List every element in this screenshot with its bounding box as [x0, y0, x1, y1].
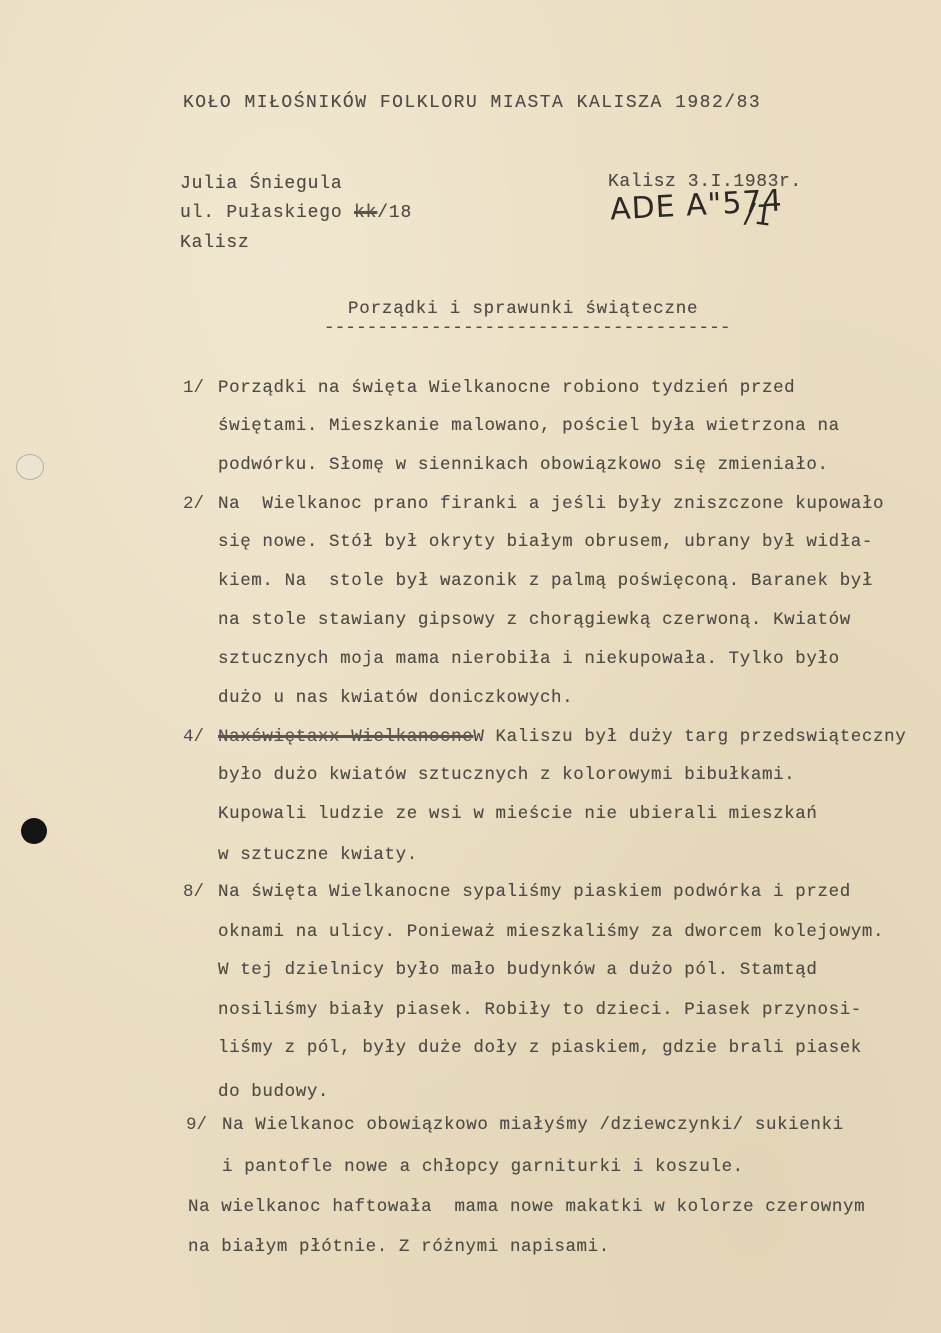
- author-street: ul. Pułaskiego kk/18: [180, 203, 412, 223]
- struck-text: kk: [354, 203, 377, 223]
- street-number: /18: [377, 203, 412, 223]
- document-title: Porządki i sprawunki świąteczne: [348, 299, 698, 319]
- text-line: było dużo kwiatów sztucznych z kolorowym…: [218, 765, 795, 785]
- text-line: Na Wielkanoc obowiązkowo miałyśmy /dziew…: [222, 1115, 844, 1135]
- text-line: Na Wielkanoc prano firanki a jeśli były …: [218, 494, 884, 514]
- text-line: do budowy.: [218, 1082, 329, 1102]
- text-line: Porządki na święta Wielkanocne robiono t…: [218, 378, 795, 398]
- text-line: dużo u nas kwiatów doniczkowych.: [218, 688, 573, 708]
- struck-text: Naxświętaxx Wielkanocne: [218, 727, 473, 747]
- line-text: W Kaliszu był duży targ przedswiąteczny: [473, 727, 906, 747]
- text-line: w sztuczne kwiaty.: [218, 845, 418, 865]
- archive-fraction: /1: [743, 196, 775, 232]
- text-line: liśmy z pól, były duże doły z piaskiem, …: [218, 1038, 862, 1058]
- document-page: KOŁO MIŁOŚNIKÓW FOLKLORU MIASTA KALISZA …: [0, 0, 941, 1333]
- closing-line: Na wielkanoc haftowała mama nowe makatki…: [188, 1197, 865, 1217]
- text-line: W tej dzielnicy było mało budynków a duż…: [218, 960, 818, 980]
- street-name: ul. Pułaskiego: [180, 203, 354, 223]
- section-number: 4/: [183, 727, 204, 747]
- text-line: i pantofle nowe a chłopcy garniturki i k…: [222, 1157, 744, 1177]
- text-line: podwórku. Słomę w siennikach obowiązkowo…: [218, 455, 829, 475]
- author-city: Kalisz: [180, 233, 250, 253]
- section-number: 8/: [183, 882, 204, 902]
- closing-line: na białym płótnie. Z różnymi napisami.: [188, 1237, 610, 1257]
- punch-hole: [21, 818, 47, 844]
- text-line: Kupowali ludzie ze wsi w mieście nie ubi…: [218, 804, 818, 824]
- text-line: kiem. Na stole był wazonik z palmą poświ…: [218, 571, 873, 591]
- text-line: sztucznych moja mama nierobiła i niekupo…: [218, 649, 840, 669]
- section-number: 9/: [186, 1115, 207, 1135]
- author-name: Julia Śniegula: [180, 174, 342, 194]
- section-number: 2/: [183, 494, 204, 514]
- text-line: oknami na ulicy. Ponieważ mieszkaliśmy z…: [218, 922, 884, 942]
- text-line: się nowe. Stół był okryty białym obrusem…: [218, 532, 873, 552]
- punch-hole-faint: [16, 454, 44, 480]
- title-underline: --------------------------------------: [324, 318, 731, 338]
- text-line: Na święta Wielkanocne sypaliśmy piaskiem…: [218, 882, 851, 902]
- organization-header: KOŁO MIŁOŚNIKÓW FOLKLORU MIASTA KALISZA …: [183, 93, 761, 113]
- text-line: nosiliśmy biały piasek. Robiły to dzieci…: [218, 1000, 862, 1020]
- text-line: świętami. Mieszkanie malowano, pościel b…: [218, 416, 840, 436]
- text-line: Naxświętaxx WielkanocneW Kaliszu był duż…: [218, 727, 906, 747]
- text-line: na stole stawiany gipsowy z chorągiewką …: [218, 610, 851, 630]
- section-number: 1/: [183, 378, 204, 398]
